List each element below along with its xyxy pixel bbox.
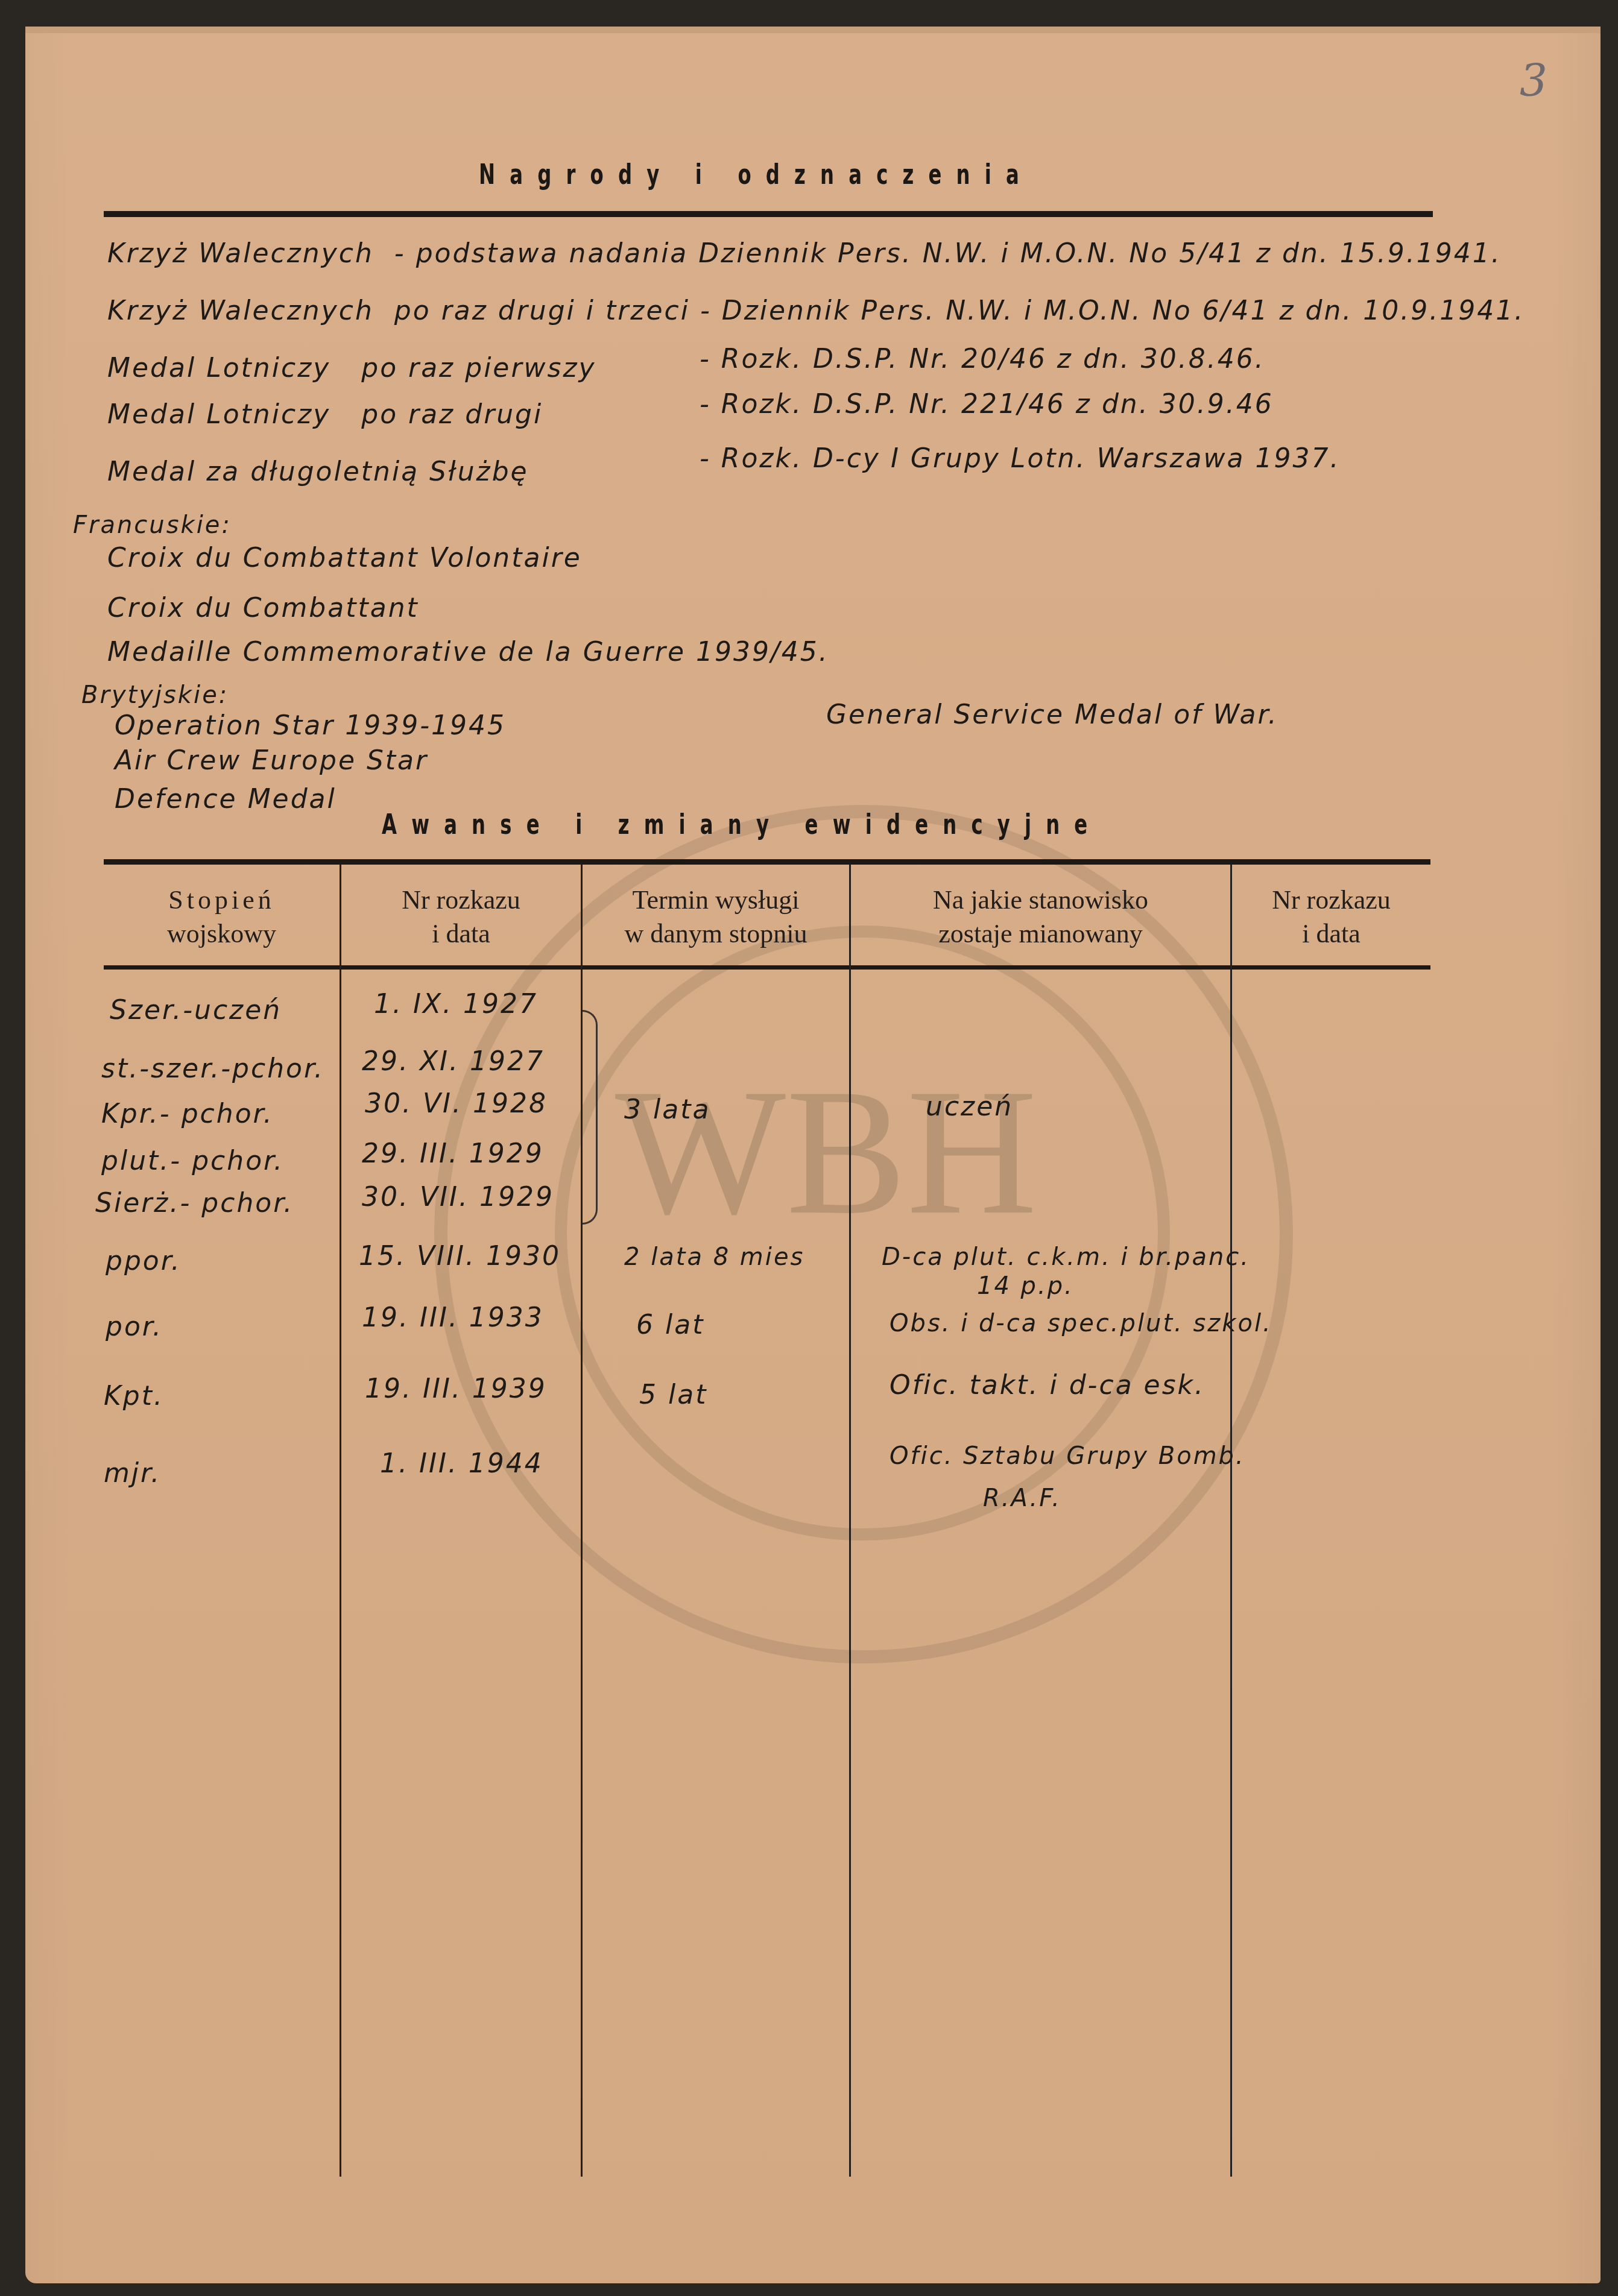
british-awards-label: Brytyjskie: [81,681,229,709]
award-item: Air Crew Europe Star [115,745,428,776]
rank-cell: Kpt. [104,1381,164,1411]
grouping-brace [583,1010,598,1225]
position-cell: Ofic. takt. i d-ca esk. [890,1370,1205,1401]
column-divider [849,865,851,2177]
award-name: Krzyż Walecznych [107,238,374,269]
column-header-position: Na jakie stanowisko zostaje mianowany [851,883,1230,951]
date-cell: 19. III. 1939 [365,1373,547,1404]
column-header-line: zostaje mianowany [851,917,1230,951]
rank-cell: Szer.-uczeń [110,995,282,1026]
french-awards-label: Francuskie: [73,511,232,539]
position-cell: D-ca plut. c.k.m. i br.panc. [882,1243,1250,1271]
rank-cell: Kpr.- pchor. [101,1099,274,1129]
position-cell-line2: 14 p.p. [977,1272,1074,1300]
column-header-order: Nr rozkazu i data [341,883,581,951]
column-header-line: i data [1232,917,1430,951]
grouped-term-cell: 3 lata [624,1094,710,1125]
column-header-line: Stopień [104,883,340,917]
rank-cell: st.-szer.-pchor. [101,1053,324,1084]
award-item: Krzyż Walecznych - podstawa nadania Dzie… [107,238,1502,269]
column-divider [340,865,341,2177]
award-name: Medal Lotniczy [107,353,330,383]
award-item: Medal Lotniczy po raz drugi [107,399,543,430]
position-cell: Ofic. Sztabu Grupy Bomb. [890,1442,1245,1470]
column-header-line: wojskowy [104,917,340,951]
award-detail: - podstawa nadania Dziennik Pers. N.W. i… [394,238,1502,269]
award-detail: po raz drugi i trzeci - Dziennik Pers. N… [394,295,1525,326]
award-item: Medal za długoletnią Służbę [107,456,529,487]
term-cell: 6 lat [636,1310,704,1340]
award-order: - Rozk. D.S.P. Nr. 221/46 z dn. 30.9.46 [700,389,1274,420]
position-cell: Obs. i d-ca spec.plut. szkol. [890,1310,1272,1337]
position-cell-line2: R.A.F. [983,1484,1061,1512]
date-cell: 15. VIII. 1930 [359,1241,561,1272]
date-cell: 19. III. 1933 [362,1302,544,1333]
award-item: Krzyż Walecznych po raz drugi i trzeci -… [107,295,1525,326]
date-cell: 1. III. 1944 [380,1448,543,1479]
column-header-line: Termin wysługi [583,883,849,917]
award-name: Medal za długoletnią Służbę [107,456,529,487]
award-item: General Service Medal of War. [826,699,1278,730]
column-header-line: i data [341,917,581,951]
award-item: Croix du Combattant Volontaire [107,543,582,573]
rank-cell: mjr. [104,1458,161,1489]
rank-cell: por. [106,1311,163,1342]
page-number: 3 [1520,55,1547,106]
award-item: Medal Lotniczy po raz pierwszy [107,353,596,383]
date-cell: 30. VII. 1929 [362,1182,554,1213]
rank-cell: ppor. [106,1246,182,1276]
award-item: Operation Star 1939-1945 [115,710,506,741]
column-header-rank: Stopień wojskowy [104,883,340,951]
column-header-term: Termin wysługi w danym stopniu [583,883,849,951]
column-header-line: Na jakie stanowisko [851,883,1230,917]
award-name: Medal Lotniczy [107,399,330,430]
award-detail: po raz drugi [361,399,543,430]
table-top-rule [104,859,1430,865]
award-order: - Rozk. D-cy I Grupy Lotn. Warszawa 1937… [700,443,1340,474]
award-detail: po raz pierwszy [361,353,596,383]
awards-title-rule [104,211,1433,217]
column-header-line: Nr rozkazu [1232,883,1430,917]
award-order: - Rozk. D.S.P. Nr. 20/46 z dn. 30.8.46. [700,344,1265,374]
term-cell: 2 lata 8 mies [624,1243,804,1271]
award-item: Croix du Combattant [107,593,419,623]
column-header-line: w danym stopniu [583,917,849,951]
rank-cell: Sierż.- pchor. [95,1188,294,1219]
date-cell: 29. XI. 1927 [362,1046,545,1077]
column-divider [1230,865,1232,2177]
rank-cell: plut.- pchor. [101,1146,284,1176]
date-cell: 29. III. 1929 [362,1138,544,1169]
date-cell: 1. IX. 1927 [374,989,538,1020]
award-item: Defence Medal [115,784,337,815]
column-header-line: Nr rozkazu [341,883,581,917]
award-item: Medaille Commemorative de la Guerre 1939… [107,637,829,667]
award-name: Krzyż Walecznych [107,295,374,326]
term-cell: 5 lat [639,1380,707,1410]
column-header-order-2: Nr rozkazu i data [1232,883,1430,951]
date-cell: 30. VI. 1928 [365,1088,548,1119]
grouped-position-cell: uczeń [926,1091,1013,1122]
awards-title: Nagrody i odznaczenia [479,158,1034,191]
promotions-title: Awanse i zmiany ewidencyjne [382,808,1102,840]
